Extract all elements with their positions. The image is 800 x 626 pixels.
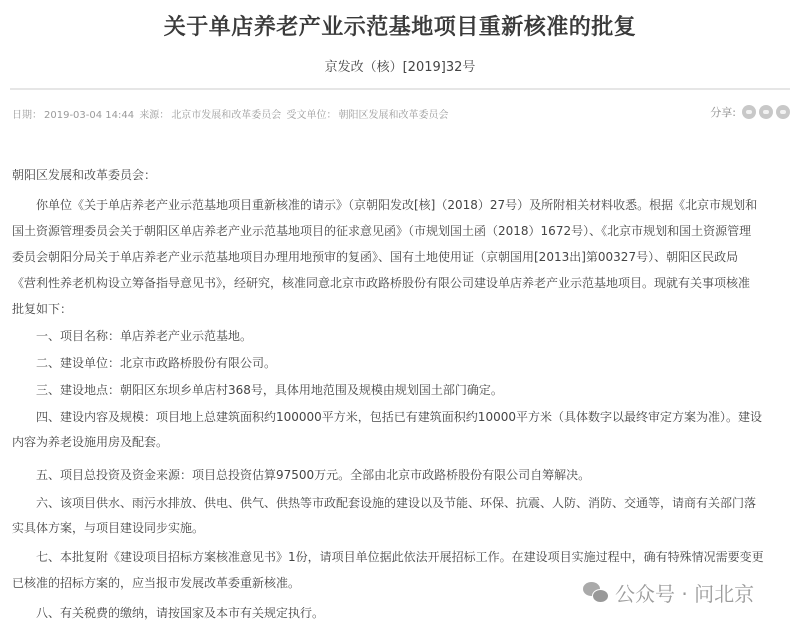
item-7-cont: 已核准的招标方案的，应当报市发展改革委重新核准。 [12, 575, 300, 591]
item-3: 三、建设地点：朝阳区东坝乡单店村368号，具体用地范围及规模由规划国土部门确定。 [12, 382, 503, 398]
wechat-share-icon[interactable] [759, 105, 773, 119]
item-2: 二、建设单位：北京市政路桥股份有限公司。 [12, 355, 276, 371]
item-1: 一、项目名称：单店养老产业示范基地。 [12, 328, 252, 344]
meta-line: 日期：2019-03-04 14:44 来源：北京市发展和改革委员会 受文单位：… [12, 106, 451, 121]
intro-line: 批复如下： [12, 301, 72, 317]
item-6: 六、该项目供水、雨污水排放、供电、供气、供热等市政配套设施的建设以及节能、环保、… [12, 495, 756, 511]
item-5: 五、项目总投资及资金来源：项目总投资估算97500万元。全部由北京市政路桥股份有… [12, 467, 590, 483]
source-value: 北京市发展和改革委员会 [171, 110, 281, 121]
item-4: 四、建设内容及规模：项目地上总建筑面积约100000平方米，包括已有建筑面积约1… [12, 409, 762, 425]
watermark-text: 公众号 · 问北京 [615, 578, 754, 607]
date-label: 日期： [12, 110, 42, 121]
item-7: 七、本批复附《建设项目招标方案核准意见书》1份，请项目单位据此依法开展招标工作。… [12, 549, 764, 565]
qzone-share-icon[interactable] [776, 105, 790, 119]
share-label: 分享: [710, 104, 736, 120]
item-6-cont: 实具体方案，与项目建设同步实施。 [12, 520, 204, 536]
document-number: 京发改（核）[2019]32号 [0, 56, 800, 75]
wechat-icon [583, 582, 609, 604]
page-title: 关于单店养老产业示范基地项目重新核准的批复 [0, 10, 800, 41]
watermark: 公众号 · 问北京 [583, 578, 754, 607]
weibo-share-icon[interactable] [742, 105, 756, 119]
date-value: 2019-03-04 14:44 [44, 110, 134, 121]
source-label: 来源： [139, 110, 169, 121]
intro-line: 《营利性养老机构设立筹备指导意见书》，经研究，核准同意北京市政路桥股份有限公司建… [12, 275, 750, 291]
salutation: 朝阳区发展和改革委员会： [12, 167, 156, 183]
share-bar: 分享: [710, 104, 790, 120]
intro-line: 委员会朝阳分局关于单店养老产业示范基地项目办理用地预审的复函》、国有土地使用证（… [12, 249, 738, 265]
recipient-label: 受文单位： [287, 110, 337, 121]
divider [10, 88, 790, 90]
intro-line: 你单位《关于单店养老产业示范基地项目重新核准的请示》（京朝阳发改[核]（2018… [12, 197, 757, 213]
recipient-value: 朝阳区发展和改革委员会 [339, 110, 449, 121]
item-4-cont: 内容为养老设施用房及配套。 [12, 434, 168, 450]
intro-line: 国土资源管理委员会关于朝阳区单店养老产业示范基地项目的征求意见函》（市规划国土函… [12, 223, 751, 239]
item-8: 八、有关税费的缴纳，请按国家及本市有关规定执行。 [12, 605, 324, 621]
